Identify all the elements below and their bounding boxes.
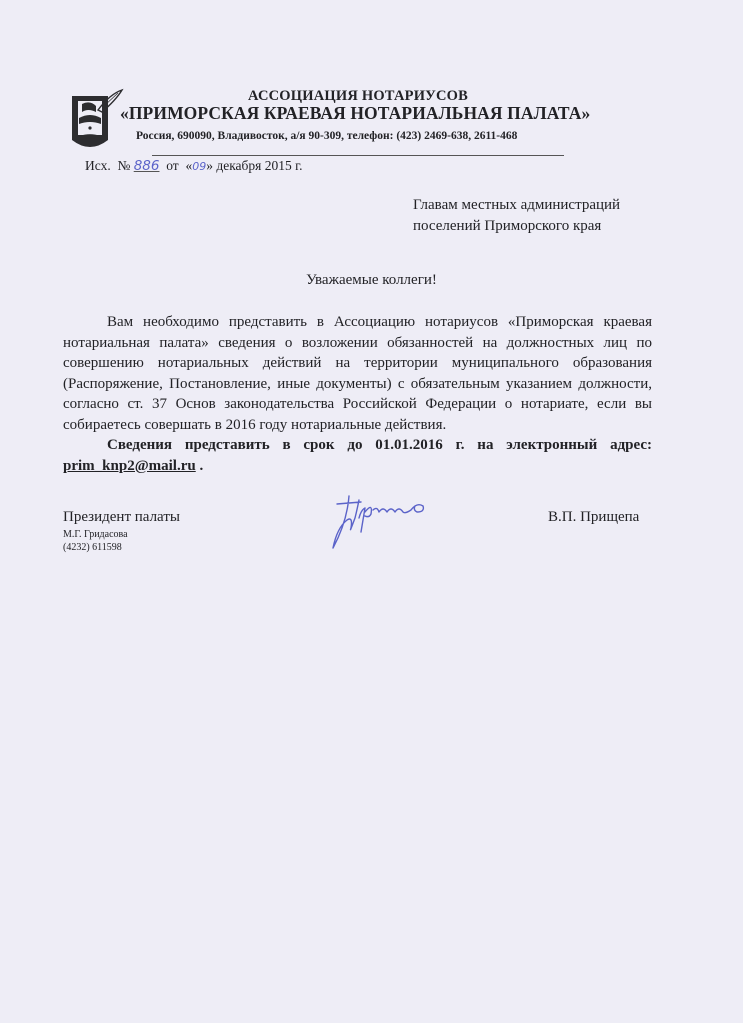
- signer-name: В.П. Прищепа: [548, 509, 639, 526]
- body-paragraph-1: Вам необходимо представить в Ассоциацию …: [63, 312, 652, 435]
- contact-name: М.Г. Гридасова: [63, 528, 128, 541]
- notary-emblem-icon: [68, 88, 124, 160]
- signatory-title: Президент палаты: [63, 509, 180, 526]
- ref-number: 886: [134, 158, 160, 174]
- ref-day: 09: [192, 160, 206, 173]
- ref-prefix: Исх. №: [85, 158, 134, 173]
- chamber-address: Россия, 690090, Владивосток, а/я 90-309,…: [136, 130, 517, 142]
- recipient-block: Главам местных администраций поселений П…: [413, 195, 620, 237]
- chamber-name: «ПРИМОРСКАЯ КРАЕВАЯ НОТАРИАЛЬНАЯ ПАЛАТА»: [120, 103, 590, 124]
- email-link[interactable]: prim_knp2@mail.ru: [63, 458, 196, 474]
- ref-month-year: декабря 2015 г.: [213, 158, 303, 173]
- letterhead-divider: [152, 155, 564, 156]
- ref-from-label: от: [159, 158, 185, 173]
- recipient-line-1: Главам местных администраций: [413, 195, 620, 216]
- deadline-text: Сведения представить в срок до 01.01.201…: [107, 437, 652, 453]
- greeting: Уважаемые коллеги!: [0, 272, 743, 289]
- paragraph-end: .: [196, 458, 204, 474]
- letter-body: Вам необходимо представить в Ассоциацию …: [63, 312, 652, 476]
- quote-close: »: [206, 158, 213, 173]
- contact-phone: (4232) 611598: [63, 541, 128, 554]
- contact-info: М.Г. Гридасова (4232) 611598: [63, 528, 128, 554]
- body-paragraph-2: Сведения представить в срок до 01.01.201…: [63, 435, 652, 476]
- outgoing-reference: Исх. № 886 от «09» декабря 2015 г.: [85, 158, 303, 174]
- handwritten-signature-icon: [325, 492, 445, 552]
- recipient-line-2: поселений Приморского края: [413, 216, 620, 237]
